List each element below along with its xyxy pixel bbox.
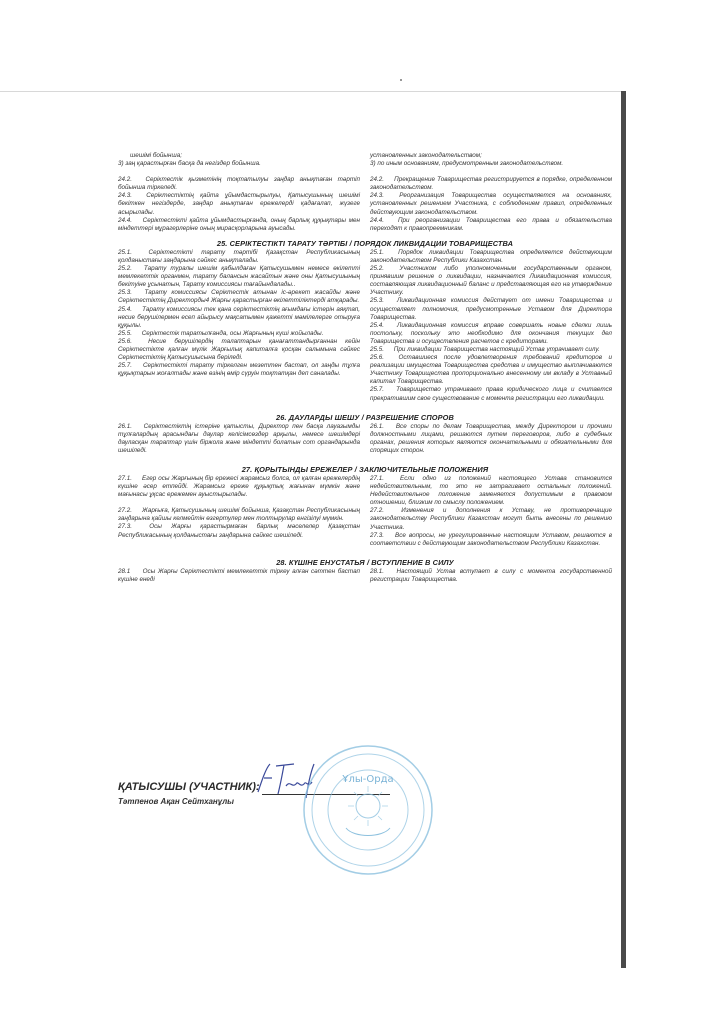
left-column-kazakh: 25.1. Серіктестікті тарату тәртібі Қазақ… xyxy=(118,249,360,403)
paragraph: 25.6. Несие берушілердің талаптарын қана… xyxy=(118,338,360,362)
paragraph-text: Серіктестіктің істеріне қатысты, Директо… xyxy=(118,423,360,454)
paragraph-number: 25.7. xyxy=(370,386,392,394)
paragraph: 24.2. Прекращение Товарищества регистрир… xyxy=(370,176,612,192)
paragraph-number: 25.1. xyxy=(118,249,140,257)
paragraph-text: Порядок ликвидации Товарищества определя… xyxy=(370,249,612,264)
paragraph-text: Серіктестікті тарату тәртібі Қазақстан Р… xyxy=(118,249,360,264)
left-column-continuation: шешімі бойынша; 3) заң қарастырған басқа… xyxy=(118,152,360,168)
paragraph: 27.1. Егер осы Жарғының бір ережесі жара… xyxy=(118,475,360,499)
paragraph-text: Серіктестікті тарату тіркелген мезеттен … xyxy=(118,362,360,377)
paragraph: 27.2. Жарғыға, Қатысушының шешімі бойынш… xyxy=(118,507,360,523)
paragraph-text: Товарищество утрачивает права юридическо… xyxy=(370,386,612,401)
paragraph: 24.2. Серіктестік қызметінің тоқтатылуы … xyxy=(118,176,360,192)
paragraph: 26.1. Все споры по делам Товарищества, м… xyxy=(370,423,612,455)
top-continuation-row: шешімі бойынша; 3) заң қарастырған басқа… xyxy=(118,152,612,168)
paragraph: 3) заң қарастырған басқа да негіздер бой… xyxy=(118,160,360,168)
paragraph-number: 25.6. xyxy=(118,338,140,346)
paragraph-number: 25.3. xyxy=(370,297,392,305)
paragraph-text: При ликвидации Товарищества настоящий Ус… xyxy=(394,346,600,353)
paragraph-text: Ликвидационная комиссия вправе совершать… xyxy=(370,322,612,345)
right-column-24: 24.2. Прекращение Товарищества регистрир… xyxy=(370,176,612,233)
section-heading: 25. СЕРІКТЕСТІКТІ ТАРАТУ ТӘРТІБІ / ПОРЯД… xyxy=(118,239,612,248)
paragraph-number: 26.1. xyxy=(118,423,140,431)
right-column-russian: 25.1. Порядок ликвидации Товарищества оп… xyxy=(370,249,612,403)
section-heading: 28. КҮШІНЕ ЕНУСТАТЬЯ / ВСТУПЛЕНИЕ В СИЛУ xyxy=(118,558,612,567)
paragraph: 25.5. При ликвидации Товарищества настоя… xyxy=(370,346,612,354)
paragraph: 28.1. Настоящий Устав вступает в силу с … xyxy=(370,568,612,584)
paragraph-number: 24.4. xyxy=(370,217,392,225)
paragraph: шешімі бойынша; xyxy=(118,152,360,160)
paragraph-text: Ликвидационная комиссия действует от име… xyxy=(370,297,612,320)
paragraph-number: 28.1. xyxy=(370,568,392,576)
paragraph: 25.2. Тарату туралы шешім қабылдаған Қат… xyxy=(118,265,360,289)
paragraph-number: 27.3. xyxy=(370,532,392,540)
paragraph-text: Тарату комиссиясы тек қана серіктестікті… xyxy=(118,306,360,329)
paragraph-text: Настоящий Устав вступает в силу с момент… xyxy=(370,568,612,583)
paragraph: 3) по иным основаниям, предусмотренным з… xyxy=(370,160,612,168)
paragraph-text: Если одно из положений настоящего Устава… xyxy=(370,475,612,506)
paragraph: 25.7. Товарищество утрачивает права юрид… xyxy=(370,386,612,402)
paragraph-text: Осы Жарғы Серіктестікті мемлекеттік тірк… xyxy=(118,568,360,583)
left-column-kazakh: 28.1 Осы Жарғы Серіктестікті мемлекеттік… xyxy=(118,568,360,584)
paragraph: 24.3. Серіктестіктің қайта ұйымдастырылу… xyxy=(118,192,360,216)
paragraph-number: 25.6. xyxy=(370,354,392,362)
signatory-role: ҚАТЫСУШЫ (УЧАСТНИК): xyxy=(118,781,260,793)
paragraph-text: Все вопросы, не урегулированные настоящи… xyxy=(370,532,612,547)
paragraph-number: 27.1. xyxy=(370,475,392,483)
paragraph: 25.1. Порядок ликвидации Товарищества оп… xyxy=(370,249,612,265)
section-body: 27.1. Егер осы Жарғының бір ережесі жара… xyxy=(118,475,612,548)
right-column-russian: 26.1. Все споры по делам Товарищества, м… xyxy=(370,423,612,455)
paragraph-number: 28.1 xyxy=(118,568,140,576)
paragraph-text: Осы Жарғы қарастырмаған барлық мәселелер… xyxy=(118,523,360,538)
paragraph-text: Все споры по делам Товарищества, между Д… xyxy=(370,423,612,454)
paragraph-text: Участником либо уполномоченным государст… xyxy=(370,265,612,296)
paragraph-text: Серіктестік қызметінің тоқтатылуы заңдар… xyxy=(118,176,360,191)
scan-artifact-dot xyxy=(400,79,402,81)
section-body: 26.1. Серіктестіктің істеріне қатысты, Д… xyxy=(118,423,612,455)
sections-container: 25. СЕРІКТЕСТІКТІ ТАРАТУ ТӘРТІБІ / ПОРЯД… xyxy=(118,239,612,584)
paragraph-number: 25.2. xyxy=(370,265,392,273)
paragraph-text: Тарату туралы шешім қабылдаған Қатысушым… xyxy=(118,265,360,288)
paragraph-text: Прекращение Товарищества регистрируется … xyxy=(370,176,612,191)
paragraph: 24.4. Серіктестікті қайта ұйымдастырғанд… xyxy=(118,217,360,233)
right-column-russian: 27.1. Если одно из положений настоящего … xyxy=(370,475,612,548)
paragraph: 27.3. Все вопросы, не урегулированные на… xyxy=(370,532,612,548)
document-page: шешімі бойынша; 3) заң қарастырған басқа… xyxy=(118,152,612,584)
section-body: 25.1. Серіктестікті тарату тәртібі Қазақ… xyxy=(118,249,612,403)
paragraph: 25.3. Тарату комиссиясы Серіктестік атын… xyxy=(118,289,360,305)
paragraph-number: 27.1. xyxy=(118,475,140,483)
paragraph: 25.4. Тарату комиссиясы тек қана серікте… xyxy=(118,306,360,330)
official-stamp: Ұлы-Орда xyxy=(298,740,438,880)
paragraph-number: 25.4. xyxy=(370,322,392,330)
paragraph: 24.3. Реорганизация Товарищества осущест… xyxy=(370,192,612,216)
paragraph: 27.2. Изменения и дополнения к Уставу, н… xyxy=(370,507,612,531)
paragraph: установленных законодательством; xyxy=(370,152,612,160)
paragraph-text: Жарғыға, Қатысушының шешімі бойынша, Қаз… xyxy=(118,507,360,522)
page-top-edge xyxy=(0,91,622,92)
paragraph-text: Оставшиеся после удовлетворения требован… xyxy=(370,354,612,385)
paragraph-text: Изменения и дополнения к Уставу, не прот… xyxy=(370,507,612,530)
paragraph-number: 25.4. xyxy=(118,306,140,314)
section-heading: 27. ҚОРЫТЫНДЫ ЕРЕЖЕЛЕР / ЗАКЛЮЧИТЕЛЬНЫЕ … xyxy=(118,465,612,474)
paragraph: 26.1. Серіктестіктің істеріне қатысты, Д… xyxy=(118,423,360,455)
section-heading: 26. ДАУЛАРДЫ ШЕШУ / РАЗРЕШЕНИЕ СПОРОВ xyxy=(118,413,612,422)
paragraph: 25.7. Серіктестікті тарату тіркелген мез… xyxy=(118,362,360,378)
paragraph: 24.4. При реорганизации Товарищества его… xyxy=(370,217,612,233)
paragraph: 28.1 Осы Жарғы Серіктестікті мемлекеттік… xyxy=(118,568,360,584)
paragraph-text: Серіктестік таратылғанда, осы Жарғының к… xyxy=(142,330,324,337)
paragraph: 25.1. Серіктестікті тарату тәртібі Қазақ… xyxy=(118,249,360,265)
paragraph: 25.2. Участником либо уполномоченным гос… xyxy=(370,265,612,297)
paragraph: 27.1. Если одно из положений настоящего … xyxy=(370,475,612,507)
block-24-row: 24.2. Серіктестік қызметінің тоқтатылуы … xyxy=(118,176,612,233)
paragraph: 27.3. Осы Жарғы қарастырмаған барлық мәс… xyxy=(118,523,360,539)
paragraph-number: 25.2. xyxy=(118,265,140,273)
paragraph-number: 27.3. xyxy=(118,523,140,531)
section-body: 28.1 Осы Жарғы Серіктестікті мемлекеттік… xyxy=(118,568,612,584)
paragraph-text: При реорганизации Товарищества его права… xyxy=(370,217,612,232)
paragraph-text: Серіктестікті қайта ұйымдастырғанда, оны… xyxy=(118,217,360,232)
scan-edge-bar xyxy=(621,91,626,968)
paragraph-number: 26.1. xyxy=(370,423,392,431)
paragraph-text: Несие берушілердің талаптарын қанағаттан… xyxy=(118,338,360,361)
paragraph-text: Серіктестіктің қайта ұйымдастырылуы, Қат… xyxy=(118,192,360,215)
left-column-24: 24.2. Серіктестік қызметінің тоқтатылуы … xyxy=(118,176,360,233)
paragraph: 25.3. Ликвидационная комиссия действует … xyxy=(370,297,612,321)
paragraph: 25.4. Ликвидационная комиссия вправе сов… xyxy=(370,322,612,346)
paragraph-text: Тарату комиссиясы Серіктестік атынан іс-… xyxy=(118,289,360,304)
paragraph-number: 25.1. xyxy=(370,249,392,257)
paragraph-number: 25.5. xyxy=(370,346,392,354)
paragraph-number: 24.4. xyxy=(118,217,140,225)
paragraph: 25.5. Серіктестік таратылғанда, осы Жарғ… xyxy=(118,330,360,338)
paragraph-text: Егер осы Жарғының бір ережесі жарамсыз б… xyxy=(118,475,360,498)
paragraph: 25.6. Оставшиеся после удовлетворения тр… xyxy=(370,354,612,386)
left-column-kazakh: 26.1. Серіктестіктің істеріне қатысты, Д… xyxy=(118,423,360,455)
paragraph-text: Реорганизация Товарищества осуществляетс… xyxy=(370,192,612,215)
right-column-russian: 28.1. Настоящий Устав вступает в силу с … xyxy=(370,568,612,584)
left-column-kazakh: 27.1. Егер осы Жарғының бір ережесі жара… xyxy=(118,475,360,548)
stamp-text: Ұлы-Орда xyxy=(341,774,393,785)
right-column-continuation: установленных законодательством; 3) по и… xyxy=(370,152,612,168)
paragraph-number: 25.5. xyxy=(118,330,140,338)
